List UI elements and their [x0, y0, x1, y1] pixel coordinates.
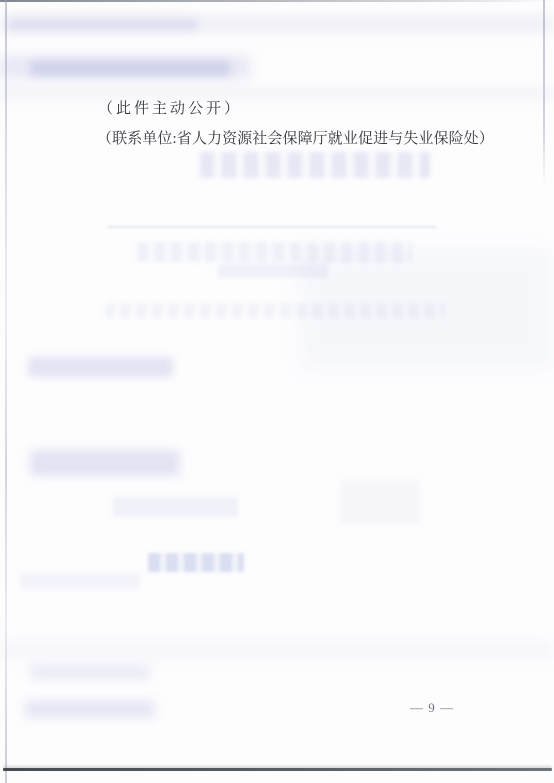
paper-texture-band	[0, 56, 250, 78]
margin-smudge	[25, 700, 155, 718]
bleed-through-smudge	[113, 497, 238, 517]
page-number: — 9 —	[410, 700, 454, 716]
margin-smudge	[30, 665, 150, 680]
paper-texture-band	[0, 640, 554, 660]
bleed-through-smudge	[107, 226, 437, 228]
scan-edge-top	[0, 0, 554, 2]
margin-smudge	[30, 60, 230, 77]
paper-texture-band	[0, 86, 554, 100]
scan-edge-left	[5, 0, 7, 783]
disclosure-note: （此件主动公开）	[98, 99, 242, 119]
margin-smudge	[30, 450, 180, 476]
contact-note: （联系单位:省人力资源社会保障厅就业促进与失业保险处）	[97, 129, 494, 149]
bleed-through-smudge	[20, 573, 140, 589]
paper-texture-band	[300, 250, 554, 370]
bleed-through-smudge	[340, 480, 420, 525]
scan-edge-bottom	[3, 768, 552, 771]
margin-smudge	[28, 357, 173, 377]
margin-smudge	[8, 18, 198, 31]
scan-edge-right	[543, 0, 545, 185]
bleed-through-smudge	[137, 242, 412, 262]
bleed-through-smudge	[105, 303, 445, 318]
bleed-through-smudge	[200, 152, 430, 178]
bleed-through-smudge	[148, 553, 244, 572]
scanned-document-page: （此件主动公开） （联系单位:省人力资源社会保障厅就业促进与失业保险处） — 9…	[0, 0, 554, 783]
bleed-through-smudge	[218, 264, 328, 278]
paper-texture-band	[0, 14, 554, 34]
